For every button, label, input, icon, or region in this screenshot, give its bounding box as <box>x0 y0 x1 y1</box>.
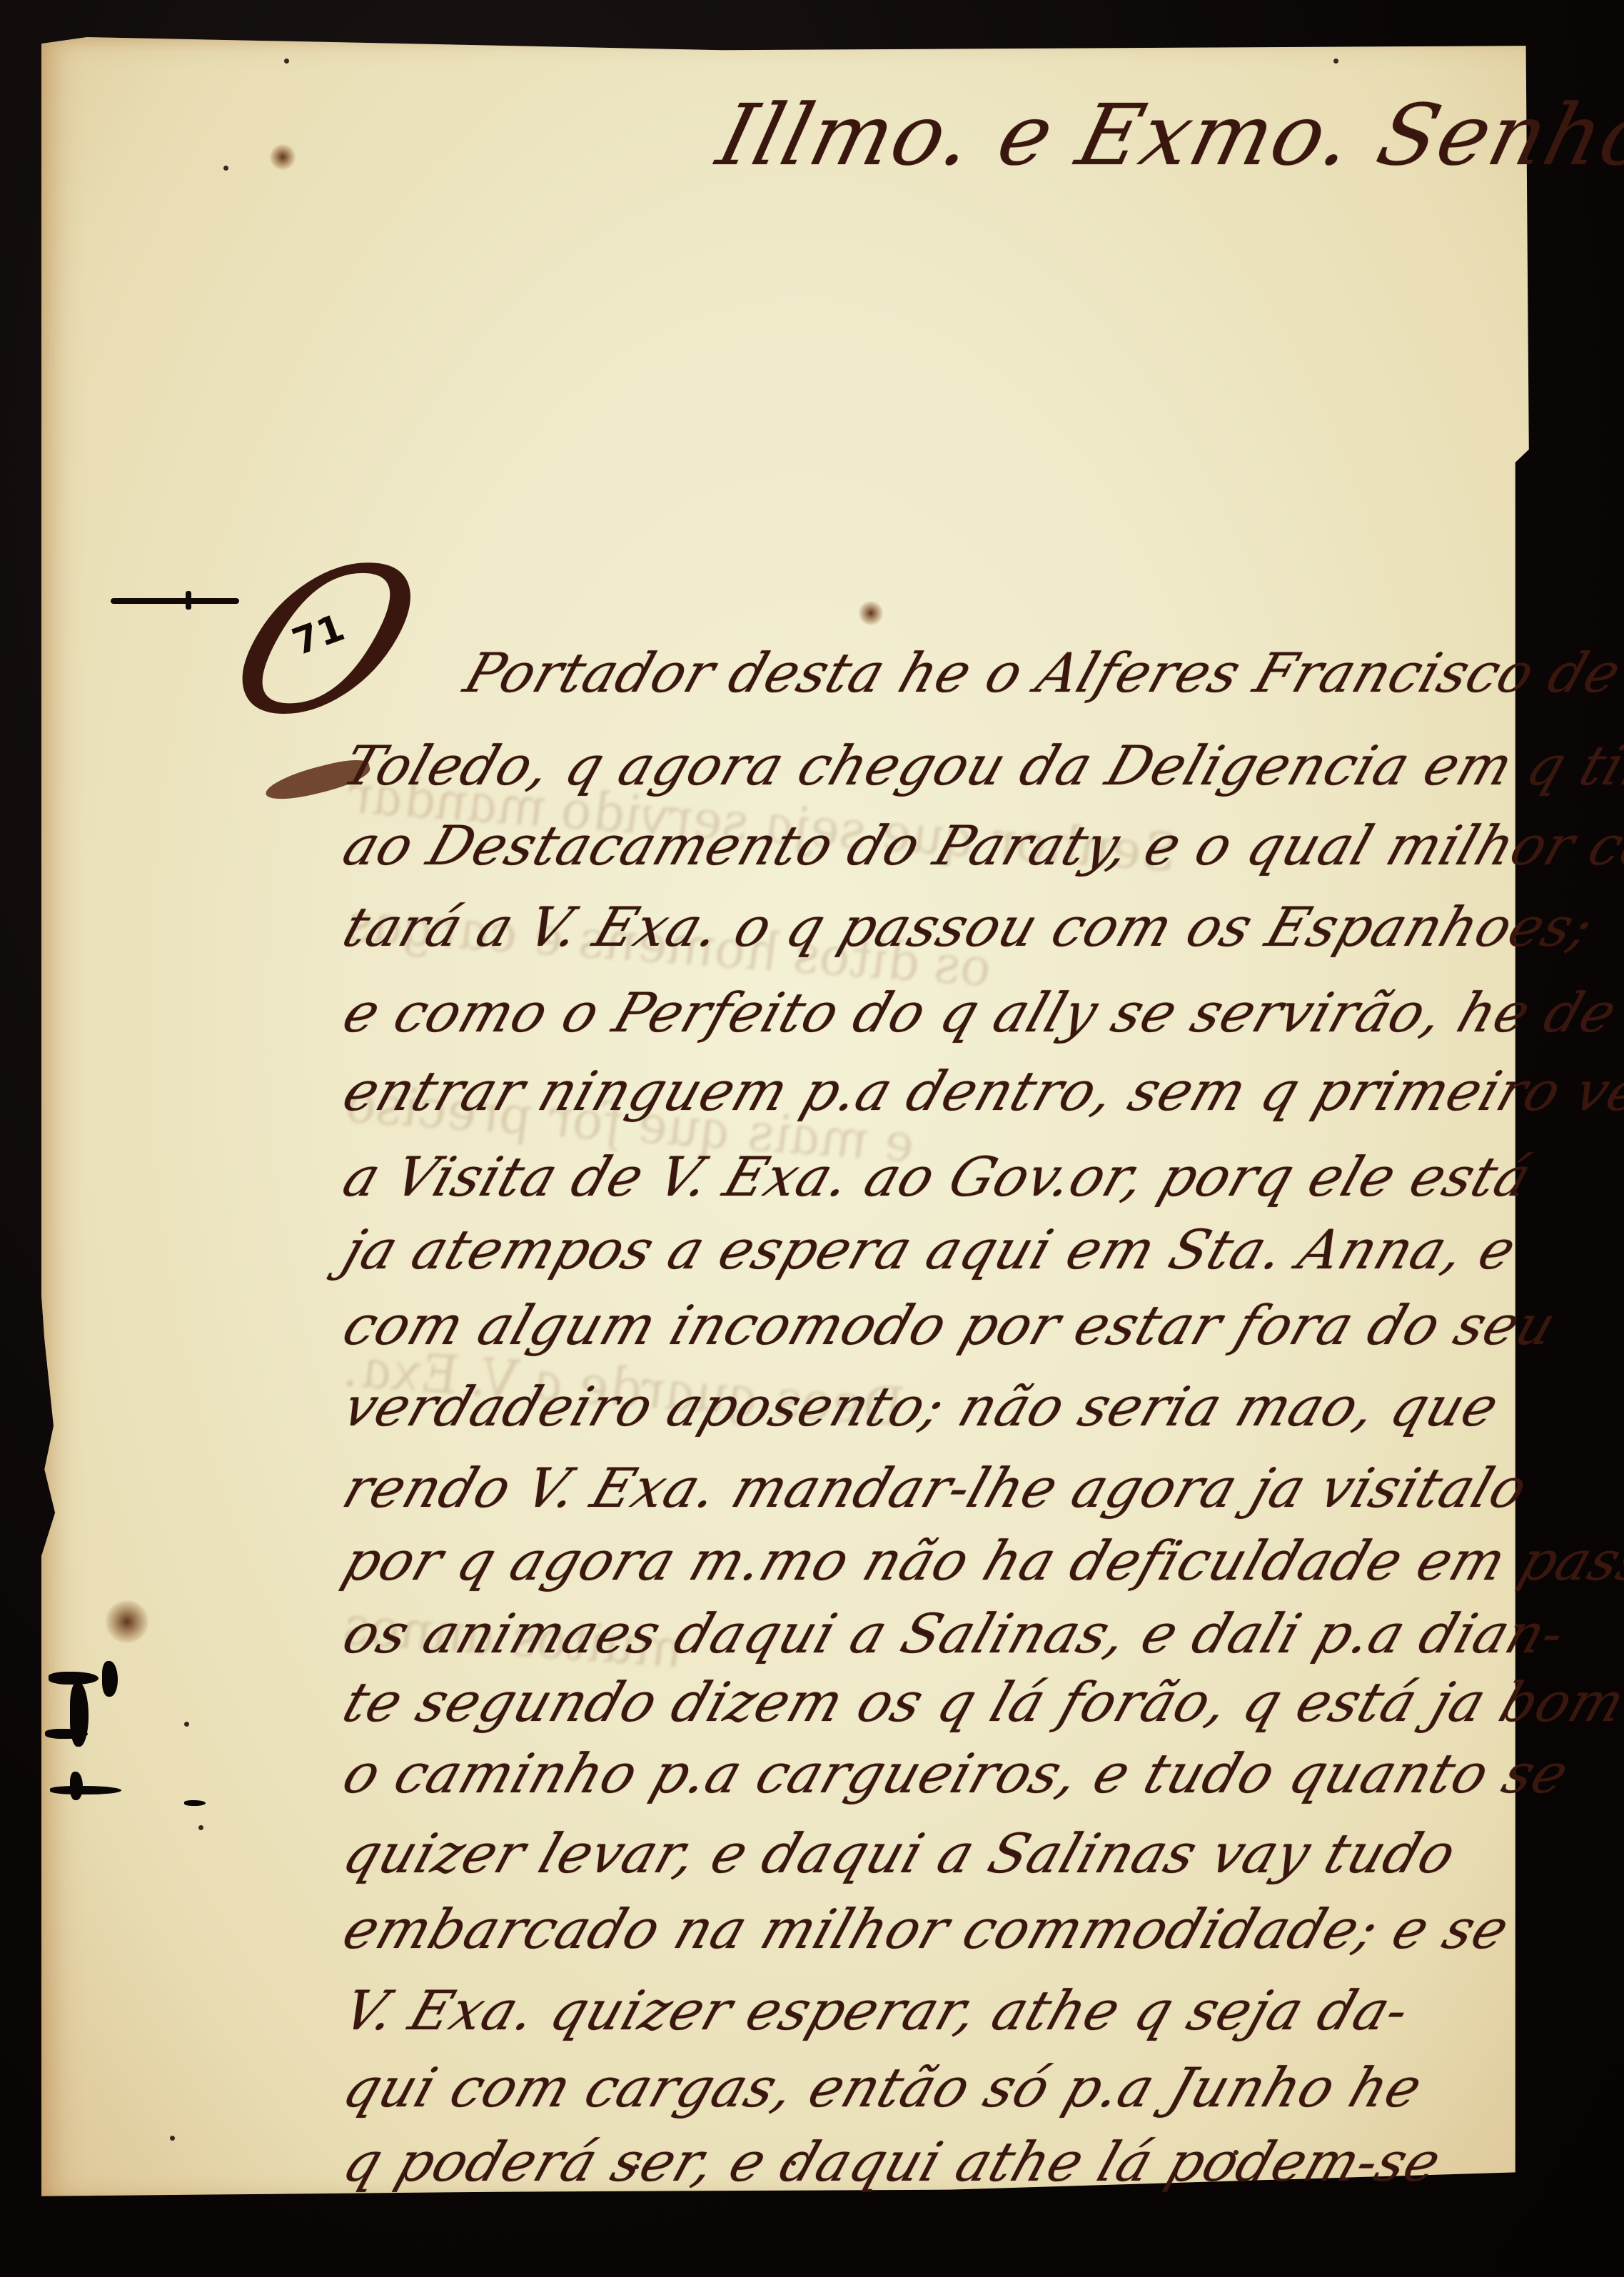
paper-damage <box>184 1800 206 1806</box>
body-line: tará a V. Exa. o q passou com os Espanho… <box>336 895 1602 959</box>
body-line: o caminho p.a cargueiros, e tudo quanto … <box>336 1742 1577 1805</box>
paper-damage <box>102 1661 118 1697</box>
body-line: qui com cargas, então só p.a Junho he <box>336 2056 1431 2119</box>
body-line: q poderá ser, e daqui athe lá podem-se <box>336 2130 1449 2193</box>
ink-blot <box>859 601 883 625</box>
body-line: por q agora m.mo não ha deficuldade em p… <box>336 1529 1624 1592</box>
body-line: entrar ninguem p.a dentro, sem q primeir… <box>336 1059 1624 1123</box>
body-line: verdadeiro aposento; não seria mao, que <box>336 1375 1507 1438</box>
body-line: rendo V. Exa. mandar-lhe agora ja visita… <box>336 1456 1535 1520</box>
speck <box>223 166 228 171</box>
body-line: e como o Perfeito do q ally se servirão,… <box>336 981 1624 1044</box>
speck <box>198 1825 203 1830</box>
body-line: quizer levar, e daqui a Salinas vay tudo <box>336 1822 1464 1885</box>
body-line: os animaes daqui a Salinas, e dali p.a d… <box>336 1602 1573 1665</box>
speck <box>284 59 289 64</box>
margin-dash-mark <box>111 598 239 604</box>
body-line: ao Destacamento do Paraty, e o qual milh… <box>336 814 1624 877</box>
body-line: com algum incomodo por estar fora do seu <box>336 1293 1564 1357</box>
body-line: ja atempos a espera aqui em Sta. Anna, e <box>336 1218 1524 1281</box>
body-line: embarcado na milhor commodidade; e se <box>336 1897 1518 1961</box>
speck <box>184 1722 189 1727</box>
paper-damage <box>49 1672 99 1685</box>
paper-damage <box>45 1729 88 1739</box>
scan-background: Senhor que seja servido mandar os ditos … <box>0 0 1624 2277</box>
body-line: te segundo dizem os q lá forão, q está j… <box>336 1670 1624 1734</box>
body-line: Portador desta he o Alferes Francisco de… <box>457 641 1624 705</box>
body-line: a Visita de V. Exa. ao Gov.or, porq ele … <box>336 1145 1540 1208</box>
body-line: Toledo, q agora chegou da Deligencia em … <box>336 734 1624 797</box>
body-line: V. Exa. quizer esperar, athe q seja da- <box>336 1979 1418 2042</box>
speck <box>1333 59 1338 64</box>
ink-blot <box>270 144 296 170</box>
foxing-stain <box>106 1600 148 1643</box>
salutation: Illmo. e Exmo. Senhor <box>709 86 1624 184</box>
paper-damage <box>50 1786 121 1794</box>
paper-damage <box>70 1772 83 1800</box>
speck <box>170 2136 175 2141</box>
